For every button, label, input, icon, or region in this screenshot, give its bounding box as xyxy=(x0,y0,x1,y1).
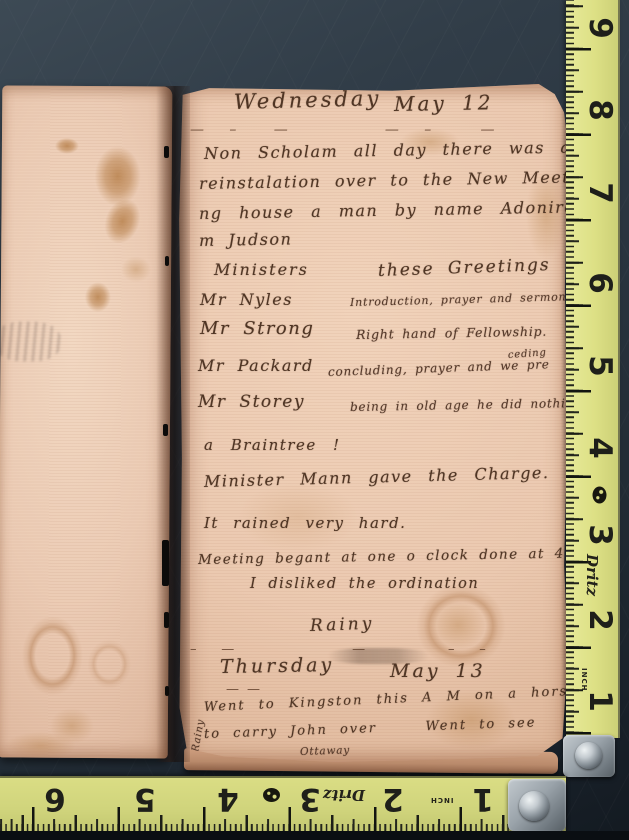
minister-role: concluding, prayer and we pre xyxy=(328,357,550,379)
ruler-number: 3 xyxy=(582,518,618,552)
ruler-number: 2 xyxy=(373,781,413,817)
ladybug-icon xyxy=(593,487,607,504)
entry2-heading-date: May 13 xyxy=(390,660,486,682)
minister-name: Mr Storey xyxy=(198,392,305,412)
ruler-number: 9 xyxy=(582,11,618,45)
minister-role: Right hand of Fellowship. xyxy=(356,324,547,342)
ruler-number: 7 xyxy=(582,176,618,210)
paper-texture xyxy=(0,85,172,758)
binding-stitch xyxy=(163,424,168,436)
ruler-brand-label: Dritz xyxy=(583,554,601,596)
body-line: Non Scholam all day there was a xyxy=(204,138,568,163)
charge-line: Minister Mann gave the Charge. xyxy=(204,463,550,491)
ministers-label: Ministers xyxy=(214,260,309,279)
ink-bleed-smudge xyxy=(0,321,61,361)
entry-heading-date: May 12 xyxy=(394,90,494,116)
ruler-unit-label: INCH xyxy=(580,668,588,691)
entry-heading-day: Wednesday xyxy=(234,86,382,114)
stain xyxy=(6,731,76,758)
diary-page: Wednesday May 12 — – — — – — — Non Schol… xyxy=(178,84,568,762)
ruler-number: 5 xyxy=(125,781,165,817)
stain xyxy=(95,146,141,206)
rivet xyxy=(575,742,602,769)
ruler-number: 1 xyxy=(463,781,503,817)
minister-name: Mr Strong xyxy=(200,318,314,339)
ink-rule: —— xyxy=(226,682,268,697)
body-line: m Judson xyxy=(199,229,293,250)
binding-stitch xyxy=(165,256,169,266)
ruler-brand-label: Dritz xyxy=(322,786,366,804)
stain xyxy=(121,256,151,282)
ruler-metal-end-tab xyxy=(563,735,615,777)
minister-role: being in old age he did nothing xyxy=(350,396,568,414)
stain xyxy=(98,194,146,249)
minister-name: Mr Packard xyxy=(198,356,314,375)
greetings-note: these Greetings xyxy=(378,255,551,281)
ruler-number: 4 xyxy=(582,431,618,465)
photo-of-diary-with-rulers: Wednesday May 12 — – — — – — — Non Schol… xyxy=(0,0,629,840)
background-shadow xyxy=(0,831,629,840)
meeting-line: Meeting begant at one o clock done at 4 xyxy=(198,546,565,568)
ring-stain xyxy=(86,638,132,690)
ring-stain xyxy=(20,614,85,698)
ink-rule: — – — — – — — xyxy=(190,122,568,138)
horizontal-ruler: 6 5 4 3 2 1 Dritz INCH xyxy=(0,776,566,835)
vertical-ruler: 9 8 7 6 5 4 3 2 1 Dritz INCH xyxy=(566,0,620,738)
binding-stitch xyxy=(165,686,169,696)
stain xyxy=(55,138,79,154)
entry2-heading-day: Thursday xyxy=(220,654,335,678)
minister-role: Introduction, prayer and sermon! xyxy=(350,290,568,309)
disliked-line: I disliked the ordination xyxy=(250,576,479,592)
carry-line: to carry John over Went to see xyxy=(204,715,537,742)
ruler-number: 5 xyxy=(582,349,618,383)
ruler-number: 8 xyxy=(582,93,618,127)
partial-last-line: Ottaway xyxy=(300,744,350,758)
rainy-line: Rainy xyxy=(310,614,375,636)
binding-stitch xyxy=(162,540,169,586)
binding-stitch xyxy=(164,146,169,158)
ruler-metal-end-tab xyxy=(508,779,566,831)
rained-line: It rained very hard. xyxy=(204,514,406,532)
left-blank-page xyxy=(0,85,172,758)
stain xyxy=(50,708,94,744)
ladybug-icon xyxy=(263,788,280,802)
body-line: reinstalation over to the New Meeti xyxy=(199,167,568,193)
ruler-number: 6 xyxy=(582,266,618,300)
body-line: ng house a man by name Adoniro xyxy=(199,197,568,223)
binding-stitch xyxy=(164,612,169,628)
rivet xyxy=(519,791,549,821)
ruler-number: 6 xyxy=(35,781,75,817)
minister-name: Mr Nyles xyxy=(200,290,293,309)
stain xyxy=(85,282,111,312)
ruler-unit-label: INCH xyxy=(430,796,453,804)
braintree-line: a Braintree ! xyxy=(204,436,341,454)
ruler-number: 4 xyxy=(208,781,248,817)
ruler-number: 2 xyxy=(582,603,618,637)
